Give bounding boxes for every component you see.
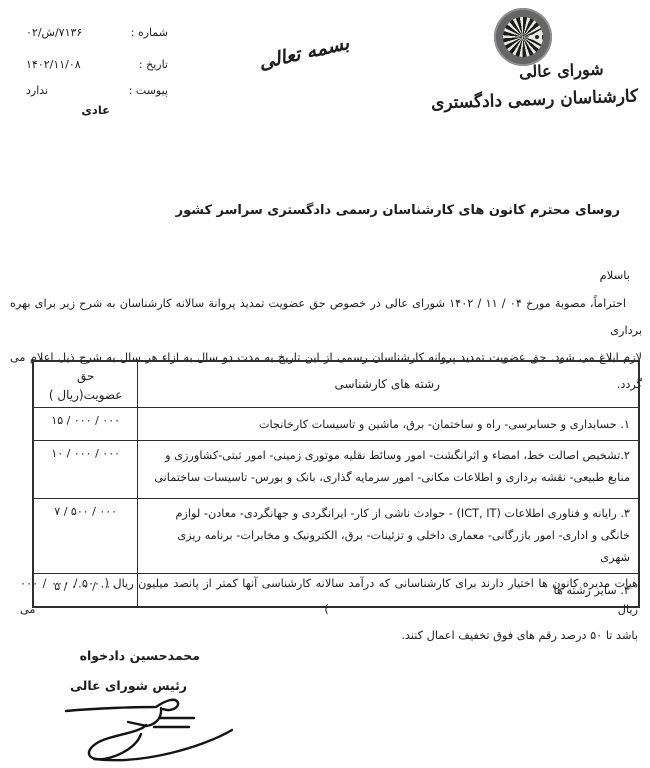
recipient-line: روسای محترم کانون های کارشناسان رسمی داد… (176, 203, 620, 218)
fee-cell: ۱۵ / ۰۰۰ / ۰۰۰ (33, 407, 138, 440)
table-header-row: رشته های کارشناسی حق عضویت(ریال ) (33, 361, 639, 407)
besmeh-taali-calligraphy: بسمه تعالی (257, 32, 351, 74)
closing-paragraph: هیات مدیره کانون ها اختیار دارند برای کا… (20, 571, 638, 649)
classification-label: عادی (26, 103, 110, 117)
meta-row-date: تاریخ : ۱۴۰۲/۱۱/۰۸ (26, 58, 168, 71)
fee-header-line1: حق (34, 367, 137, 386)
date-value: ۱۴۰۲/۱۱/۰۸ (26, 58, 81, 71)
table-row: ۳. رایانه و فناوری اطلاعات (ICT, IT) - ح… (33, 498, 639, 573)
letter-meta-block: شماره : ۷۱۳۶/ش/۰۲ تاریخ : ۱۴۰۲/۱۱/۰۸ پیو… (26, 26, 168, 117)
closing-line-1: هیات مدیره کانون ها اختیار دارند برای کا… (20, 571, 638, 623)
meta-row-number: شماره : ۷۱۳۶/ش/۰۲ (26, 26, 168, 39)
number-value: ۷۱۳۶/ش/۰۲ (26, 26, 82, 39)
fee-cell: ۷ / ۵۰۰ / ۰۰۰ (33, 498, 138, 573)
fee-header-line2: عضویت(ریال ) (34, 386, 137, 405)
emblem-scales-mark (535, 35, 539, 39)
closing-line-2: باشد تا ۵۰ درصد رقم های فوق تخفیف اعمال … (20, 623, 638, 649)
org-name-line1: شورای عالی (519, 60, 604, 82)
date-label: تاریخ : (139, 58, 168, 71)
column-header-fields: رشته های کارشناسی (138, 361, 639, 407)
fee-cell: ۱۰ / ۰۰۰ / ۰۰۰ (33, 440, 138, 498)
sun-rays-icon (503, 17, 543, 57)
signer-name: محمدحسین دادخواه (80, 648, 200, 663)
attachment-label: پیوست : (129, 84, 168, 97)
attachment-value: ندارد (26, 84, 48, 97)
table-row: ۱. حسابداری و حسابرسی- راه و ساختمان- بر… (33, 407, 639, 440)
org-name-line2: کارشناسان رسمی دادگستری (431, 86, 639, 113)
salutation: باسلام (600, 268, 630, 282)
signature-scribble (48, 688, 243, 768)
meta-row-attachment: پیوست : ندارد (26, 84, 168, 97)
field-cell: ۳. رایانه و فناوری اطلاعات (ICT, IT) - ح… (138, 498, 639, 573)
council-emblem-icon (494, 8, 552, 66)
field-cell: ۱. حسابداری و حسابرسی- راه و ساختمان- بر… (138, 407, 639, 440)
official-letter-page: شماره : ۷۱۳۶/ش/۰۲ تاریخ : ۱۴۰۲/۱۱/۰۸ پیو… (0, 0, 650, 768)
table-row: ۲.تشخیص اصالت خط، امضاء و اثرانگشت- امور… (33, 440, 639, 498)
column-header-fee: حق عضویت(ریال ) (33, 361, 138, 407)
field-cell: ۲.تشخیص اصالت خط، امضاء و اثرانگشت- امور… (138, 440, 639, 498)
body-line-1: احتراماً، مصوبة مورخ ۰۴ / ۱۱ / ۱۴۰۲ شورا… (10, 290, 642, 344)
number-label: شماره : (131, 26, 168, 39)
